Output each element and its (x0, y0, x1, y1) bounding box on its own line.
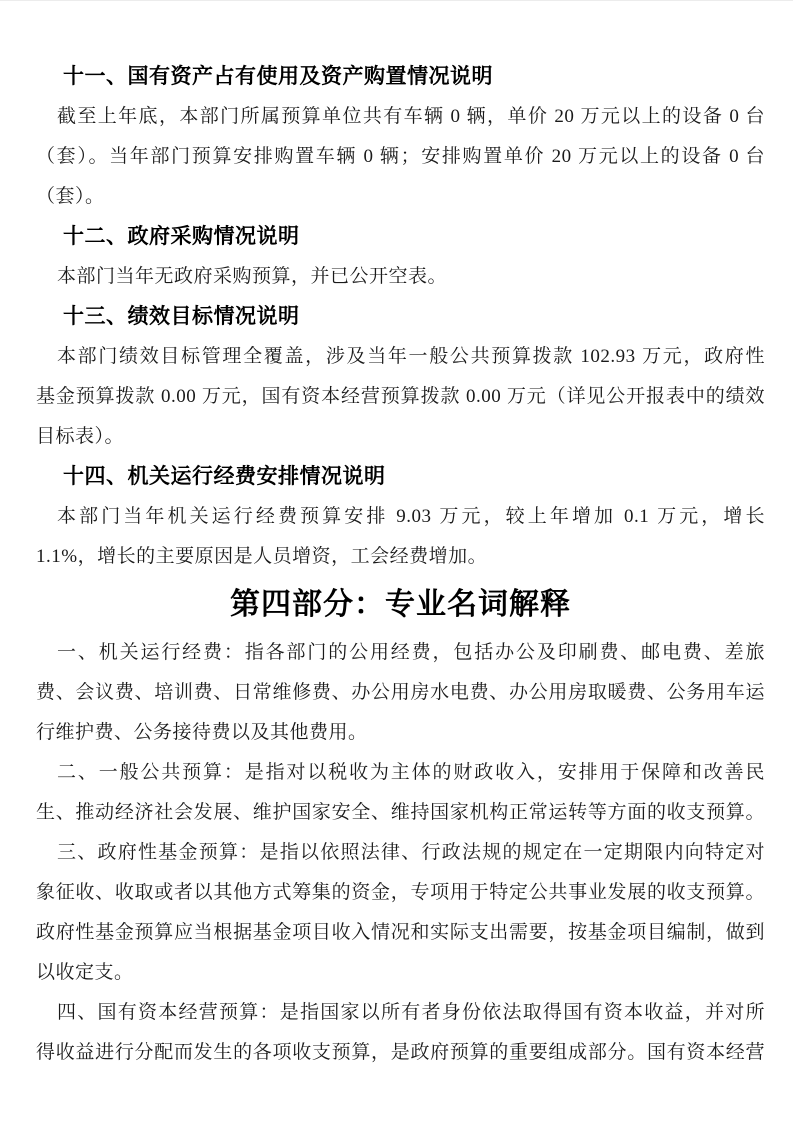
paragraph-line: 本部门当年机关运行经费预算安排 9.03 万元，较上年增加 0.1 万元，增长 (36, 497, 765, 537)
term-definition-4: 四、国有资本经营预算：是指国家以所有者身份依法取得国有资本收益，并对所 得收益进… (36, 993, 765, 1073)
paragraph-line: （套）。当年部门预算安排购置车辆 0 辆；安排购置单价 20 万元以上的设备 0… (36, 137, 765, 177)
section-heading-11: 十一、国有资产占有使用及资产购置情况说明 (36, 57, 765, 97)
paragraph-line: 本部门绩效目标管理全覆盖，涉及当年一般公共预算拨款 102.93 万元，政府性 (36, 337, 765, 377)
paragraph-line: 四、国有资本经营预算：是指国家以所有者身份依法取得国有资本收益，并对所 (36, 993, 765, 1033)
paragraph-line: 以收定支。 (36, 953, 765, 993)
paragraph-line: 象征收、收取或者以其他方式筹集的资金，专项用于特定公共事业发展的收支预算。 (36, 873, 765, 913)
paragraph-line: 二、一般公共预算：是指对以税收为主体的财政收入，安排用于保障和改善民 (36, 753, 765, 793)
paragraph-line: 截至上年底，本部门所属预算单位共有车辆 0 辆，单价 20 万元以上的设备 0 … (36, 97, 765, 137)
paragraph-line: 一、机关运行经费：指各部门的公用经费，包括办公及印刷费、邮电费、差旅 (36, 633, 765, 673)
paragraph-line: 生、推动经济社会发展、维护国家安全、维持国家机构正常运转等方面的收支预算。 (36, 793, 765, 833)
paragraph-line: 基金预算拨款 0.00 万元，国有资本经营预算拨款 0.00 万元（详见公开报表… (36, 377, 765, 417)
document-page: 十一、国有资产占有使用及资产购置情况说明 截至上年底，本部门所属预算单位共有车辆… (0, 0, 793, 1122)
paragraph-line: 本部门当年无政府采购预算，并已公开空表。 (36, 257, 765, 297)
paragraph-line: 三、政府性基金预算：是指以依照法律、行政法规的规定在一定期限内向特定对 (36, 833, 765, 873)
section-heading-13: 十三、绩效目标情况说明 (36, 297, 765, 337)
paragraph-line: 行维护费、公务接待费以及其他费用。 (36, 713, 765, 753)
section-12-paragraph: 本部门当年无政府采购预算，并已公开空表。 (36, 257, 765, 297)
section-13-paragraph: 本部门绩效目标管理全覆盖，涉及当年一般公共预算拨款 102.93 万元，政府性 … (36, 337, 765, 457)
section-14-paragraph: 本部门当年机关运行经费预算安排 9.03 万元，较上年增加 0.1 万元，增长 … (36, 497, 765, 577)
paragraph-line: 费、会议费、培训费、日常维修费、办公用房水电费、办公用房取暖费、公务用车运 (36, 673, 765, 713)
term-definition-1: 一、机关运行经费：指各部门的公用经费，包括办公及印刷费、邮电费、差旅 费、会议费… (36, 633, 765, 753)
term-definition-2: 二、一般公共预算：是指对以税收为主体的财政收入，安排用于保障和改善民 生、推动经… (36, 753, 765, 833)
paragraph-line: 得收益进行分配而发生的各项收支预算，是政府预算的重要组成部分。国有资本经营 (36, 1033, 765, 1073)
section-heading-12: 十二、政府采购情况说明 (36, 217, 765, 257)
section-heading-14: 十四、机关运行经费安排情况说明 (36, 457, 765, 497)
paragraph-line: 政府性基金预算应当根据基金项目收入情况和实际支出需要，按基金项目编制，做到 (36, 913, 765, 953)
section-11-paragraph: 截至上年底，本部门所属预算单位共有车辆 0 辆，单价 20 万元以上的设备 0 … (36, 97, 765, 217)
term-definition-3: 三、政府性基金预算：是指以依照法律、行政法规的规定在一定期限内向特定对 象征收、… (36, 833, 765, 993)
paragraph-line: （套）。 (36, 177, 765, 217)
paragraph-line: 1.1%，增长的主要原因是人员增资，工会经费增加。 (36, 537, 765, 577)
part-four-title: 第四部分：专业名词解释 (36, 577, 765, 633)
paragraph-line: 目标表）。 (36, 417, 765, 457)
